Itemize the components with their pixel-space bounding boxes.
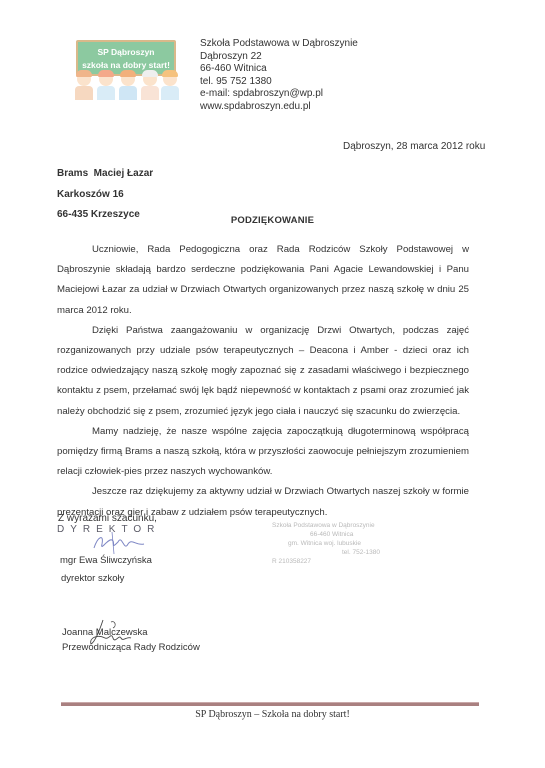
document-title: PODZIĘKOWANIE	[0, 215, 545, 226]
child-figure-icon	[118, 72, 138, 100]
footer-slogan: SP Dąbroszyn – Szkoła na dobry start!	[0, 709, 545, 720]
school-logo: SP Dąbroszyn szkoła na dobry start!	[72, 38, 180, 100]
stamp-line: 66-460 Witnica	[272, 530, 380, 539]
school-website: www.spdabroszyn.edu.pl	[200, 101, 358, 114]
paragraph: Mamy nadzieję, że nasze wspólne zajęcia …	[57, 422, 469, 483]
director-name: mgr Ewa Śliwczyńska	[60, 555, 152, 566]
stamp-line: tel. 752-1380	[272, 548, 380, 557]
stamp-line: gm. Witnica woj. lubuskie	[272, 539, 380, 548]
letterhead: Szkoła Podstawowa w Dąbroszynie Dąbroszy…	[200, 38, 358, 114]
recipient-name: Brams Maciej Łazar	[57, 164, 153, 185]
paragraph: Dzięki Państwa zaangażowaniu w organizac…	[57, 321, 469, 422]
school-phone: tel. 95 752 1380	[200, 76, 358, 89]
handwritten-signature-icon	[90, 530, 150, 556]
school-name: Szkoła Podstawowa w Dąbroszynie	[200, 38, 358, 51]
recipient-street: Karkoszów 16	[57, 185, 153, 206]
director-role: dyrektor szkoły	[61, 573, 124, 584]
council-chair-role: Przewodnicząca Rady Rodziców	[62, 642, 200, 653]
logo-line-1: SP Dąbroszyn	[78, 46, 174, 59]
letter-body: Uczniowie, Rada Pedogogiczna oraz Rada R…	[57, 240, 469, 523]
date-line: Dąbroszyn, 28 marca 2012 roku	[343, 141, 485, 152]
child-figure-icon	[96, 72, 116, 100]
school-stamp: Szkoła Podstawowa w Dąbroszynie 66-460 W…	[272, 521, 380, 566]
stamp-line: R 210358227	[272, 557, 380, 566]
paragraph: Uczniowie, Rada Pedogogiczna oraz Rada R…	[57, 240, 469, 321]
child-figure-icon	[74, 72, 94, 100]
child-figure-icon	[160, 72, 180, 100]
school-postal-city: 66-460 Witnica	[200, 63, 358, 76]
child-figure-icon	[140, 72, 160, 100]
closing-salutation: Z wyrazami szacunku,	[58, 513, 157, 524]
stamp-line: Szkoła Podstawowa w Dąbroszynie	[272, 521, 380, 530]
footer-divider	[61, 702, 479, 706]
school-street: Dąbroszyn 22	[200, 51, 358, 64]
school-email: e-mail: spdabroszyn@wp.pl	[200, 88, 358, 101]
